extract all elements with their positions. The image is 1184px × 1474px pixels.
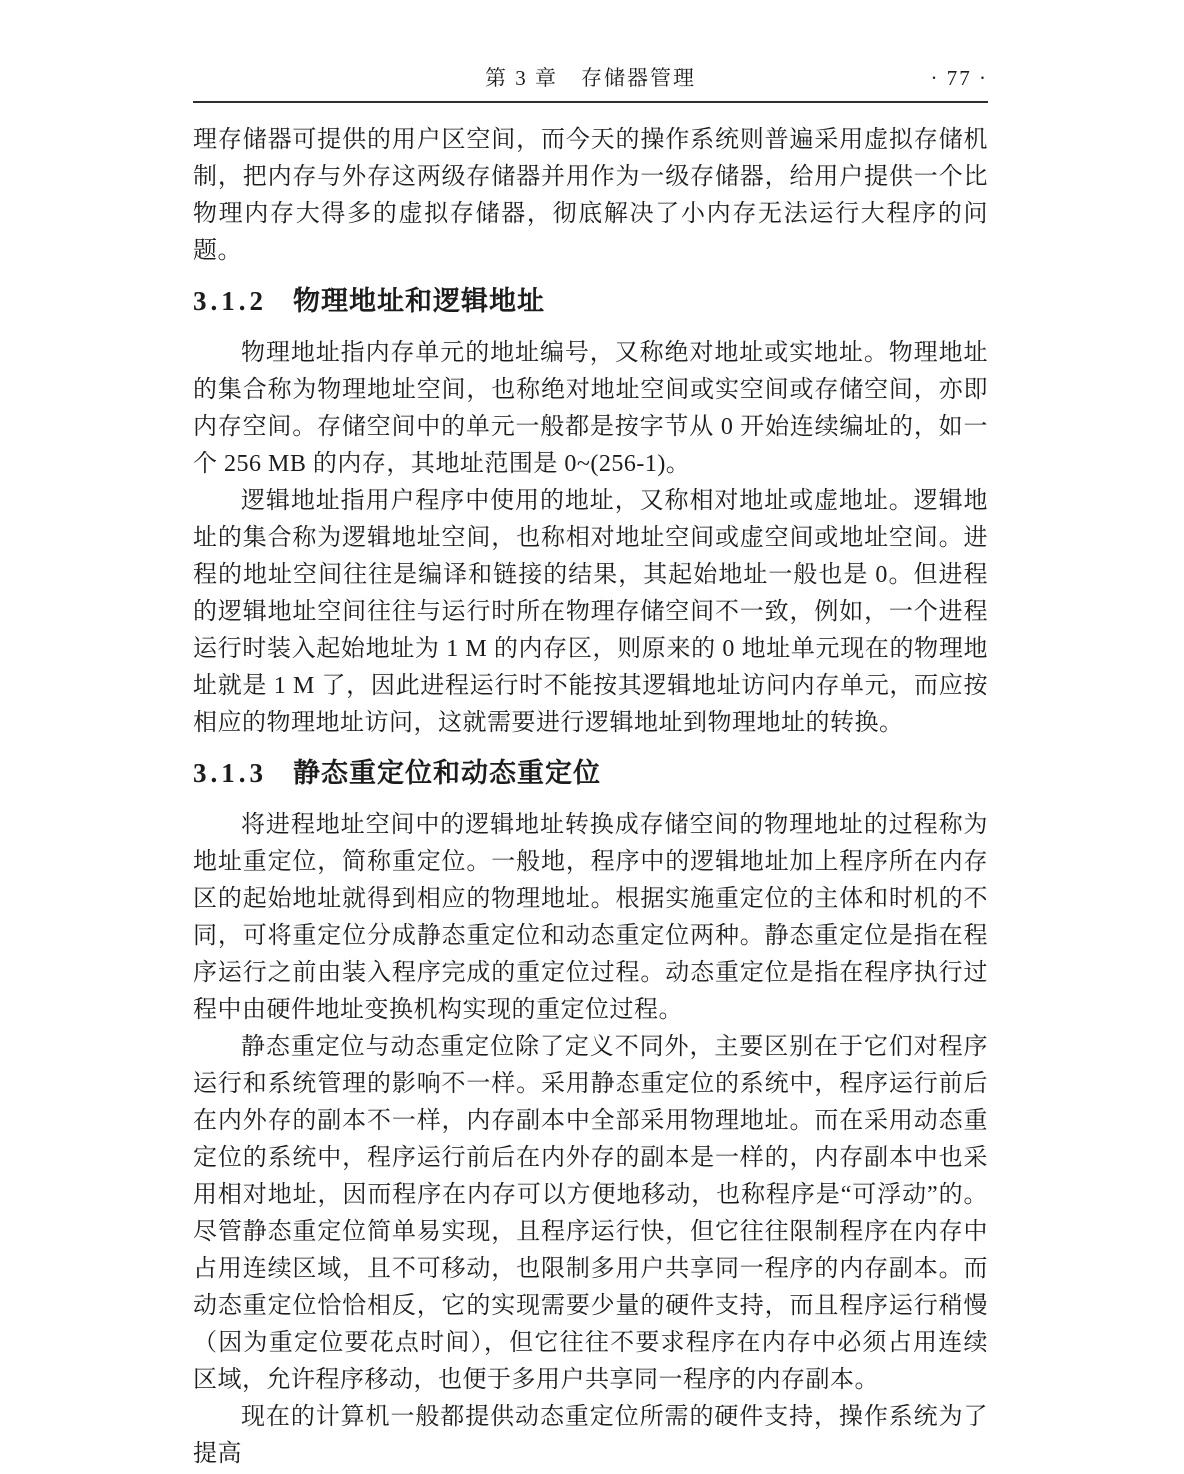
running-head-chapter-title: 第 3 章 存储器管理: [193, 64, 988, 92]
section-heading-3-1-3: 3.1.3静态重定位和动态重定位: [193, 752, 988, 794]
book-page: 第 3 章 存储器管理 · 77 · 理存储器可提供的用户区空间，而今天的操作系…: [0, 0, 1184, 1474]
body-paragraph-static-vs-dynamic: 静态重定位与动态重定位除了定义不同外，主要区别在于它们对程序运行和系统管理的影响…: [193, 1029, 988, 1399]
body-paragraph-physical-address: 物理地址指内存单元的地址编号，又称绝对地址或实地址。物理地址的集合称为物理地址空…: [193, 335, 988, 483]
page-header: 第 3 章 存储器管理 · 77 ·: [193, 64, 988, 92]
page-body: 理存储器可提供的用户区空间，而今天的操作系统则普遍采用虚拟存储机制，把内存与外存…: [193, 122, 988, 1473]
body-paragraph-relocation-definition: 将进程地址空间中的逻辑地址转换成存储空间的物理地址的过程称为地址重定位，简称重定…: [193, 807, 988, 1029]
body-paragraph-hardware-support: 现在的计算机一般都提供动态重定位所需的硬件支持，操作系统为了提高: [193, 1399, 988, 1473]
page-number: · 77 ·: [931, 64, 989, 92]
section-number: 3.1.2: [193, 286, 267, 316]
header-rule: [193, 101, 988, 103]
section-title: 物理地址和逻辑地址: [293, 286, 545, 316]
body-paragraph-logical-address: 逻辑地址指用户程序中使用的地址，又称相对地址或虚地址。逻辑地址的集合称为逻辑地址…: [193, 483, 988, 742]
section-number: 3.1.3: [193, 758, 267, 788]
body-paragraph-continuation: 理存储器可提供的用户区空间，而今天的操作系统则普遍采用虚拟存储机制，把内存与外存…: [193, 122, 988, 270]
section-title: 静态重定位和动态重定位: [293, 758, 601, 788]
section-heading-3-1-2: 3.1.2物理地址和逻辑地址: [193, 280, 988, 322]
